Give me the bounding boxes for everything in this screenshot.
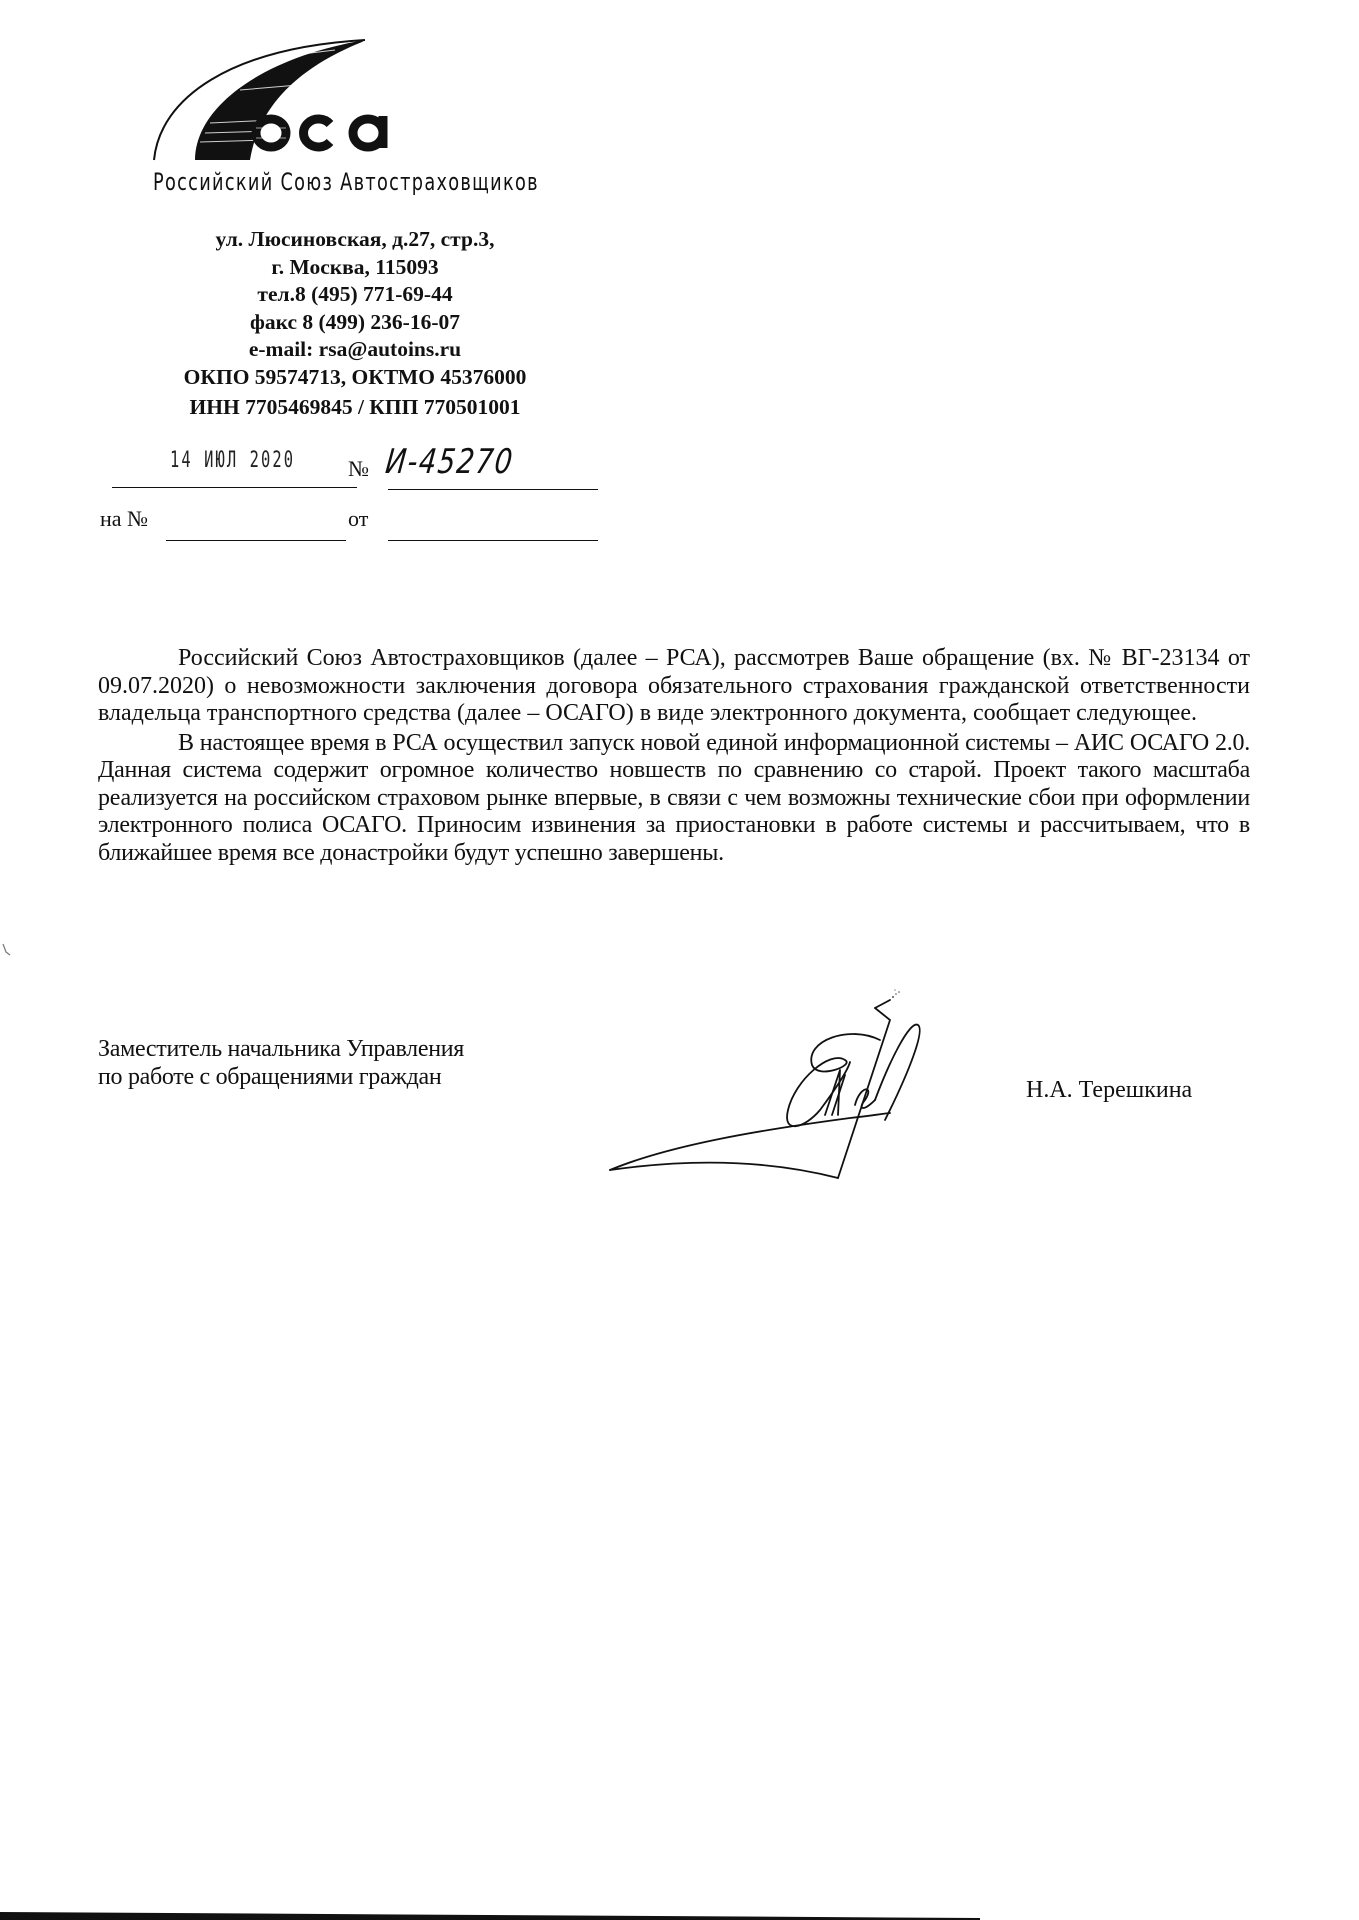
- incoming-reference: на № от: [100, 506, 600, 546]
- outgoing-number: И-45270: [384, 442, 516, 482]
- okpo-oktmo: ОКПО 59574713, ОКТМО 45376000: [130, 364, 580, 392]
- organization-name: Российский Союз Автостраховщиков: [153, 168, 539, 196]
- number-underline: [388, 489, 598, 490]
- reference-number-field: [166, 540, 346, 541]
- signer-position-line: по работе с обращениями граждан: [98, 1064, 464, 1092]
- number-label: №: [348, 456, 369, 482]
- signer-position-line: Заместитель начальника Управления: [98, 1036, 464, 1064]
- handwritten-signature-icon: [590, 970, 990, 1190]
- signer-name: Н.А. Терешкина: [1026, 1077, 1192, 1104]
- scan-edge-shadow-icon: [0, 1912, 980, 1920]
- letter-page: Российский Союз Автостраховщиков ул. Люс…: [0, 0, 1359, 1920]
- address-street: ул. Люсиновская, д.27, стр.3,: [130, 226, 580, 254]
- reference-date-label: от: [348, 506, 368, 532]
- address-city: г. Москва, 115093: [130, 254, 580, 282]
- signer-position: Заместитель начальника Управления по раб…: [98, 1036, 464, 1091]
- letter-body: Российский Союз Автостраховщиков (далее …: [98, 645, 1250, 867]
- reference-date-field: [388, 540, 598, 541]
- date-stamp: 14 ИЮЛ 2020: [170, 448, 295, 473]
- phone: тел.8 (495) 771-69-44: [130, 281, 580, 309]
- rsa-logo-icon: [150, 28, 420, 163]
- scan-artifact-icon: [2, 943, 12, 957]
- email: e-mail: rsa@autoins.ru: [130, 336, 580, 364]
- outgoing-registration: 14 ИЮЛ 2020 № И-45270: [100, 448, 600, 488]
- inn-kpp: ИНН 7705469845 / КПП 770501001: [130, 394, 580, 422]
- fax: факс 8 (499) 236-16-07: [130, 309, 580, 337]
- organization-requisites: ул. Люсиновская, д.27, стр.3, г. Москва,…: [130, 226, 580, 422]
- reference-number-label: на №: [100, 506, 148, 532]
- date-underline: [112, 487, 357, 488]
- paragraph: В настоящее время в РСА осуществил запус…: [98, 730, 1250, 868]
- paragraph: Российский Союз Автостраховщиков (далее …: [98, 645, 1250, 728]
